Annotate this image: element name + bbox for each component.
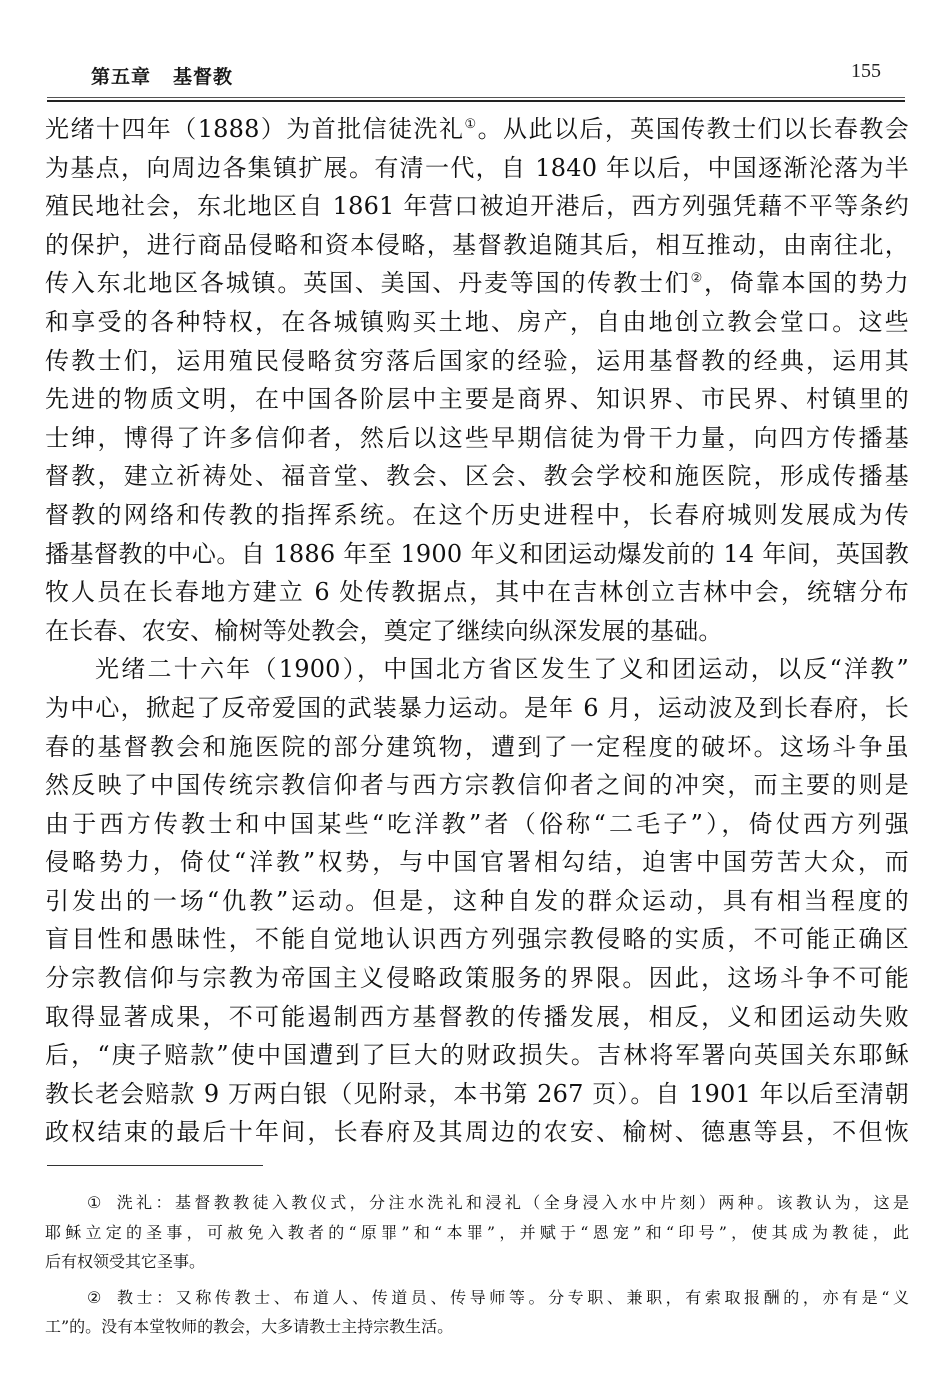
footnote-reference[interactable]: ② bbox=[691, 271, 704, 286]
body-text: 光绪十四年（1888）为首批信徒洗礼①。从此以后，英国传教士们以长春教会为基点，… bbox=[45, 110, 909, 1152]
text-line: 传教士们，运用殖民侵略贫穷落后国家的经验，运用基督教的经典，运用其 bbox=[45, 342, 909, 381]
footnotes: ①洗礼：基督教教徒入教仪式，分注水洗礼和浸礼（全身浸入水中片刻）两种。该教认为，… bbox=[45, 1188, 909, 1342]
line-text: 为基点，向周边各集镇扩展。有清一代，自 1840 年以后，中国逐渐沦落为半 bbox=[45, 154, 909, 182]
line-text: 侵略势力，倚仗“洋教”权势，与中国官署相勾结，迫害中国劳苦大众，而 bbox=[45, 848, 909, 876]
line-text: 督教的网络和传教的指挥系统。在这个历史进程中，长春府城则发展成为传 bbox=[45, 501, 909, 529]
footnote-separator bbox=[47, 1165, 263, 1166]
text-line: 由于西方传教士和中国某些“吃洋教”者（俗称“二毛子”），倚仗西方列强 bbox=[45, 805, 909, 844]
text-line: 督教的网络和传教的指挥系统。在这个历史进程中，长春府城则发展成为传 bbox=[45, 496, 909, 535]
chapter-label: 第五章 bbox=[91, 66, 151, 88]
line-text: 取得显著成果，不可能遏制西方基督教的传播发展，相反，义和团运动失败 bbox=[45, 1003, 909, 1031]
footnote-text: 工”的。没有本堂牧师的教会，大多请教士主持宗教生活。 bbox=[45, 1317, 453, 1336]
line-text: 传入东北地区各城镇。英国、美国、丹麦等国的传教士们 bbox=[45, 269, 691, 297]
footnote-text: 后有权领受其它圣事。 bbox=[45, 1252, 205, 1271]
text-line: 政权结束的最后十年间，长春府及其周边的农安、榆树、德惠等县，不但恢 bbox=[45, 1113, 909, 1152]
footnote-line: 工”的。没有本堂牧师的教会，大多请教士主持宗教生活。 bbox=[45, 1312, 909, 1342]
line-text: 先进的物质文明，在中国各阶层中主要是商界、知识界、市民界、村镇里的 bbox=[45, 385, 909, 413]
text-line: 牧人员在长春地方建立 6 处传教据点，其中在吉林创立吉林中会，统辖分布 bbox=[45, 573, 909, 612]
text-line: 和享受的各种特权，在各城镇购买土地、房产，自由地创立教会堂口。这些 bbox=[45, 303, 909, 342]
line-text: 分宗教信仰与宗教为帝国主义侵略政策服务的界限。因此，这场斗争不可能 bbox=[45, 964, 909, 992]
line-text: 教长老会赔款 9 万两白银（见附录，本书第 267 页）。自 1901 年以后至… bbox=[45, 1080, 909, 1108]
text-line: 后，“庚子赔款”使中国遭到了巨大的财政损失。吉林将军署向英国关东耶稣 bbox=[45, 1036, 909, 1075]
text-line: 盲目性和愚昧性，不能自觉地认识西方列强宗教侵略的实质，不可能正确区 bbox=[45, 920, 909, 959]
text-line: 教长老会赔款 9 万两白银（见附录，本书第 267 页）。自 1901 年以后至… bbox=[45, 1075, 909, 1114]
chapter-title: 基督教 bbox=[173, 66, 233, 88]
text-line: 督教，建立祈祷处、福音堂、教会、区会、教会学校和施医院，形成传播基 bbox=[45, 457, 909, 496]
footnote: ①洗礼：基督教教徒入教仪式，分注水洗礼和浸礼（全身浸入水中片刻）两种。该教认为，… bbox=[45, 1188, 909, 1277]
text-line: 传入东北地区各城镇。英国、美国、丹麦等国的传教士们②，倚靠本国的势力 bbox=[45, 264, 909, 303]
footnote-text: 耶稣立定的圣事，可赦免入教者的“原罪”和“本罪”，并赋于“恩宠”和“印号”，使其… bbox=[45, 1223, 909, 1242]
text-line: 殖民地社会，东北地区自 1861 年营口被迫开港后，西方列强凭藉不平等条约 bbox=[45, 187, 909, 226]
footnote-line: 耶稣立定的圣事，可赦免入教者的“原罪”和“本罪”，并赋于“恩宠”和“印号”，使其… bbox=[45, 1218, 909, 1248]
footnote-text: 洗礼：基督教教徒入教仪式，分注水洗礼和浸礼（全身浸入水中片刻）两种。该教认为，这… bbox=[117, 1193, 909, 1212]
text-line: 春的基督教会和施医院的部分建筑物，遭到了一定程度的破坏。这场斗争虽 bbox=[45, 728, 909, 767]
line-text: 盲目性和愚昧性，不能自觉地认识西方列强宗教侵略的实质，不可能正确区 bbox=[45, 925, 909, 953]
line-text: 后，“庚子赔款”使中国遭到了巨大的财政损失。吉林将军署向英国关东耶稣 bbox=[45, 1041, 909, 1069]
line-text: 士绅，博得了许多信仰者，然后以这些早期信徒为骨干力量，向四方传播基 bbox=[45, 424, 909, 452]
line-text: 传教士们，运用殖民侵略贫穷落后国家的经验，运用基督教的经典，运用其 bbox=[45, 347, 909, 375]
text-line: 取得显著成果，不可能遏制西方基督教的传播发展，相反，义和团运动失败 bbox=[45, 998, 909, 1037]
line-text: 和享受的各种特权，在各城镇购买土地、房产，自由地创立教会堂口。这些 bbox=[45, 308, 909, 336]
text-line: 侵略势力，倚仗“洋教”权势，与中国官署相勾结，迫害中国劳苦大众，而 bbox=[45, 843, 909, 882]
line-text: 殖民地社会，东北地区自 1861 年营口被迫开港后，西方列强凭藉不平等条约 bbox=[45, 192, 909, 220]
page-number: 155 bbox=[851, 60, 881, 83]
text-line: 士绅，博得了许多信仰者，然后以这些早期信徒为骨干力量，向四方传播基 bbox=[45, 419, 909, 458]
text-line: 在长春、农安、榆树等处教会，奠定了继续向纵深发展的基础。 bbox=[45, 612, 909, 651]
footnote-marker: ① bbox=[87, 1193, 105, 1212]
line-text: 牧人员在长春地方建立 6 处传教据点，其中在吉林创立吉林中会，统辖分布 bbox=[45, 578, 909, 606]
text-line: 然反映了中国传统宗教信仰者与西方宗教信仰者之间的冲突，而主要的则是 bbox=[45, 766, 909, 805]
line-text: 为中心，掀起了反帝爱国的武装暴力运动。是年 6 月，运动波及到长春府，长 bbox=[45, 694, 909, 722]
line-text: 然反映了中国传统宗教信仰者与西方宗教信仰者之间的冲突，而主要的则是 bbox=[45, 771, 909, 799]
text-line: 光绪二十六年（1900），中国北方省区发生了义和团运动，以反“洋教” bbox=[45, 650, 909, 689]
text-line: 播基督教的中心。自 1886 年至 1900 年义和团运动爆发前的 14 年间，… bbox=[45, 535, 909, 574]
text-line: 为中心，掀起了反帝爱国的武装暴力运动。是年 6 月，运动波及到长春府，长 bbox=[45, 689, 909, 728]
line-text: 在长春、农安、榆树等处教会，奠定了继续向纵深发展的基础。 bbox=[45, 617, 723, 645]
text-line: 先进的物质文明，在中国各阶层中主要是商界、知识界、市民界、村镇里的 bbox=[45, 380, 909, 419]
footnote-line: ②教士：又称传教士、布道人、传道员、传导师等。分专职、兼职，有索取报酬的，亦有是… bbox=[45, 1283, 909, 1313]
header-double-rule bbox=[47, 97, 905, 102]
line-text: 的保护，进行商品侵略和资本侵略，基督教追随其后，相互推动，由南往北， bbox=[45, 231, 909, 259]
text-line: 分宗教信仰与宗教为帝国主义侵略政策服务的界限。因此，这场斗争不可能 bbox=[45, 959, 909, 998]
line-text: 光绪二十六年（1900），中国北方省区发生了义和团运动，以反“洋教” bbox=[95, 655, 909, 683]
footnote-line: ①洗礼：基督教教徒入教仪式，分注水洗礼和浸礼（全身浸入水中片刻）两种。该教认为，… bbox=[45, 1188, 909, 1218]
line-text: 由于西方传教士和中国某些“吃洋教”者（俗称“二毛子”），倚仗西方列强 bbox=[45, 810, 909, 838]
footnote-reference[interactable]: ① bbox=[464, 117, 477, 132]
line-text: 。从此以后，英国传教士们以长春教会 bbox=[478, 115, 909, 143]
line-text: 督教，建立祈祷处、福音堂、教会、区会、教会学校和施医院，形成传播基 bbox=[45, 462, 909, 490]
text-line: 光绪十四年（1888）为首批信徒洗礼①。从此以后，英国传教士们以长春教会 bbox=[45, 110, 909, 149]
text-line: 的保护，进行商品侵略和资本侵略，基督教追随其后，相互推动，由南往北， bbox=[45, 226, 909, 265]
line-text: ，倚靠本国的势力 bbox=[704, 269, 909, 297]
footnote-marker: ② bbox=[87, 1288, 105, 1307]
line-text: 光绪十四年（1888）为首批信徒洗礼 bbox=[45, 115, 464, 143]
footnote: ②教士：又称传教士、布道人、传道员、传导师等。分专职、兼职，有索取报酬的，亦有是… bbox=[45, 1283, 909, 1342]
line-text: 引发出的一场“仇教”运动。但是，这种自发的群众运动，具有相当程度的 bbox=[45, 887, 909, 915]
line-text: 春的基督教会和施医院的部分建筑物，遭到了一定程度的破坏。这场斗争虽 bbox=[45, 733, 909, 761]
footnote-text: 教士：又称传教士、布道人、传道员、传导师等。分专职、兼职，有索取报酬的，亦有是“… bbox=[117, 1288, 909, 1307]
text-line: 为基点，向周边各集镇扩展。有清一代，自 1840 年以后，中国逐渐沦落为半 bbox=[45, 149, 909, 188]
text-line: 引发出的一场“仇教”运动。但是，这种自发的群众运动，具有相当程度的 bbox=[45, 882, 909, 921]
footnote-line: 后有权领受其它圣事。 bbox=[45, 1247, 909, 1277]
line-text: 播基督教的中心。自 1886 年至 1900 年义和团运动爆发前的 14 年间，… bbox=[45, 540, 909, 568]
running-header: 第五章基督教 155 bbox=[47, 58, 907, 98]
line-text: 政权结束的最后十年间，长春府及其周边的农安、榆树、德惠等县，不但恢 bbox=[45, 1118, 909, 1146]
chapter-heading: 第五章基督教 bbox=[91, 62, 233, 89]
